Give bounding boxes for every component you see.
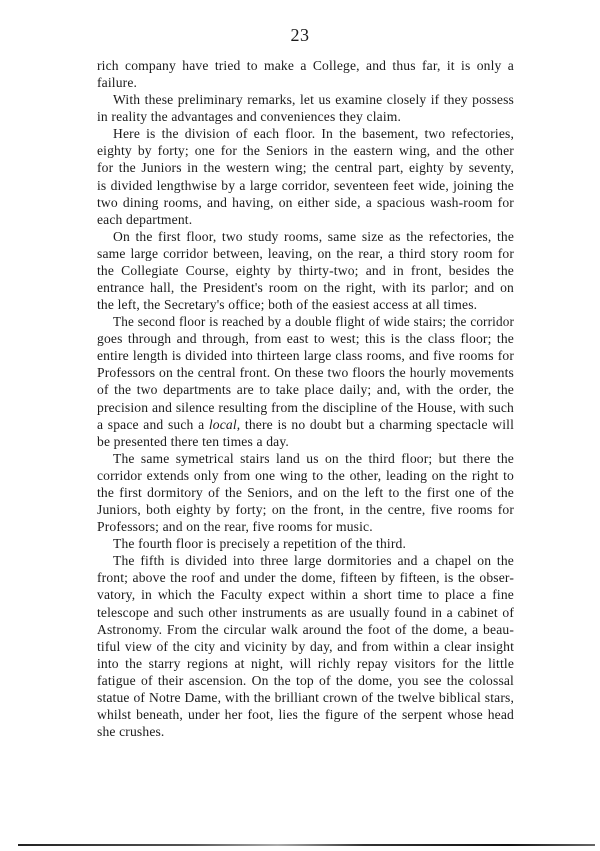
text-line: Astronomy. From the circular walk around… — [97, 621, 514, 638]
text-line: entire length is divided into thirteen l… — [97, 347, 514, 364]
text-line: two dining rooms, and having, on either … — [97, 194, 514, 211]
text-line: statue of Notre Dame, with the brilliant… — [97, 689, 514, 706]
paragraph-first-line: The second floor is reached by a double … — [97, 313, 514, 330]
paragraph-first-line: The fifth is divided into three large do… — [97, 552, 514, 569]
text-line: she crushes. — [97, 723, 514, 740]
text-line: for the Juniors in the western wing; the… — [97, 159, 514, 176]
paragraph-first-line: The fourth floor is precisely a repetiti… — [97, 535, 514, 552]
page-number: 23 — [0, 24, 600, 46]
paragraph-first-line: The same symetrical stairs land us on th… — [97, 450, 514, 467]
body-text: rich company have tried to make a Colleg… — [97, 57, 514, 740]
text-line: corridor extends only from one wing to t… — [97, 467, 514, 484]
bottom-rule-divider — [18, 844, 595, 846]
text-line: the first dormitory of the Seniors, and … — [97, 484, 514, 501]
text-line: in reality the advantages and convenienc… — [97, 108, 514, 125]
text-line: eighty by forty; one for the Seniors in … — [97, 142, 514, 159]
paragraph-first-line: Here is the division of each floor. In t… — [97, 125, 514, 142]
paragraph-first-line: With these preliminary remarks, let us e… — [97, 91, 514, 108]
text-line: goes through and through, from east to w… — [97, 330, 514, 347]
paragraph-first-line: On the first floor, two study rooms, sam… — [97, 228, 514, 245]
text-line: fatigue of their ascension. On the top o… — [97, 672, 514, 689]
text-line: rich company have tried to make a Colleg… — [97, 57, 514, 74]
text-line: whilst beneath, under her foot, lies the… — [97, 706, 514, 723]
text-line: Professors; and on the rear, five rooms … — [97, 518, 514, 535]
text-line: each department. — [97, 211, 514, 228]
italic-word: local — [209, 417, 237, 432]
text-segment: , there is no doubt but a charming spect… — [237, 417, 514, 432]
text-line: is divided lengthwise by a large corrido… — [97, 177, 514, 194]
text-line: be presented there ten times a day. — [97, 433, 514, 450]
text-line: of the two departments are to take place… — [97, 381, 514, 398]
text-line: tiful view of the city and vicinity by d… — [97, 638, 514, 655]
text-line: Juniors, both eighty by forty; on the fr… — [97, 501, 514, 518]
text-line: the left, the Secretary's office; both o… — [97, 296, 514, 313]
text-line: precision and silence resulting from the… — [97, 399, 514, 416]
text-line: vatory, in which the Faculty expect with… — [97, 586, 514, 603]
text-line: failure. — [97, 74, 514, 91]
text-line: entrance hall, the President's room on t… — [97, 279, 514, 296]
text-line: Professors on the central front. On thes… — [97, 364, 514, 381]
text-line: telescope and such other instruments as … — [97, 604, 514, 621]
text-segment: a space and such a — [97, 417, 209, 432]
text-line: same large corridor between, leaving, on… — [97, 245, 514, 262]
text-line: front; above the roof and under the dome… — [97, 569, 514, 586]
text-line: the Collegiate Course, eighty by thirty-… — [97, 262, 514, 279]
text-line: into the starry regions at night, will r… — [97, 655, 514, 672]
text-line: a space and such a local, there is no do… — [97, 416, 514, 433]
